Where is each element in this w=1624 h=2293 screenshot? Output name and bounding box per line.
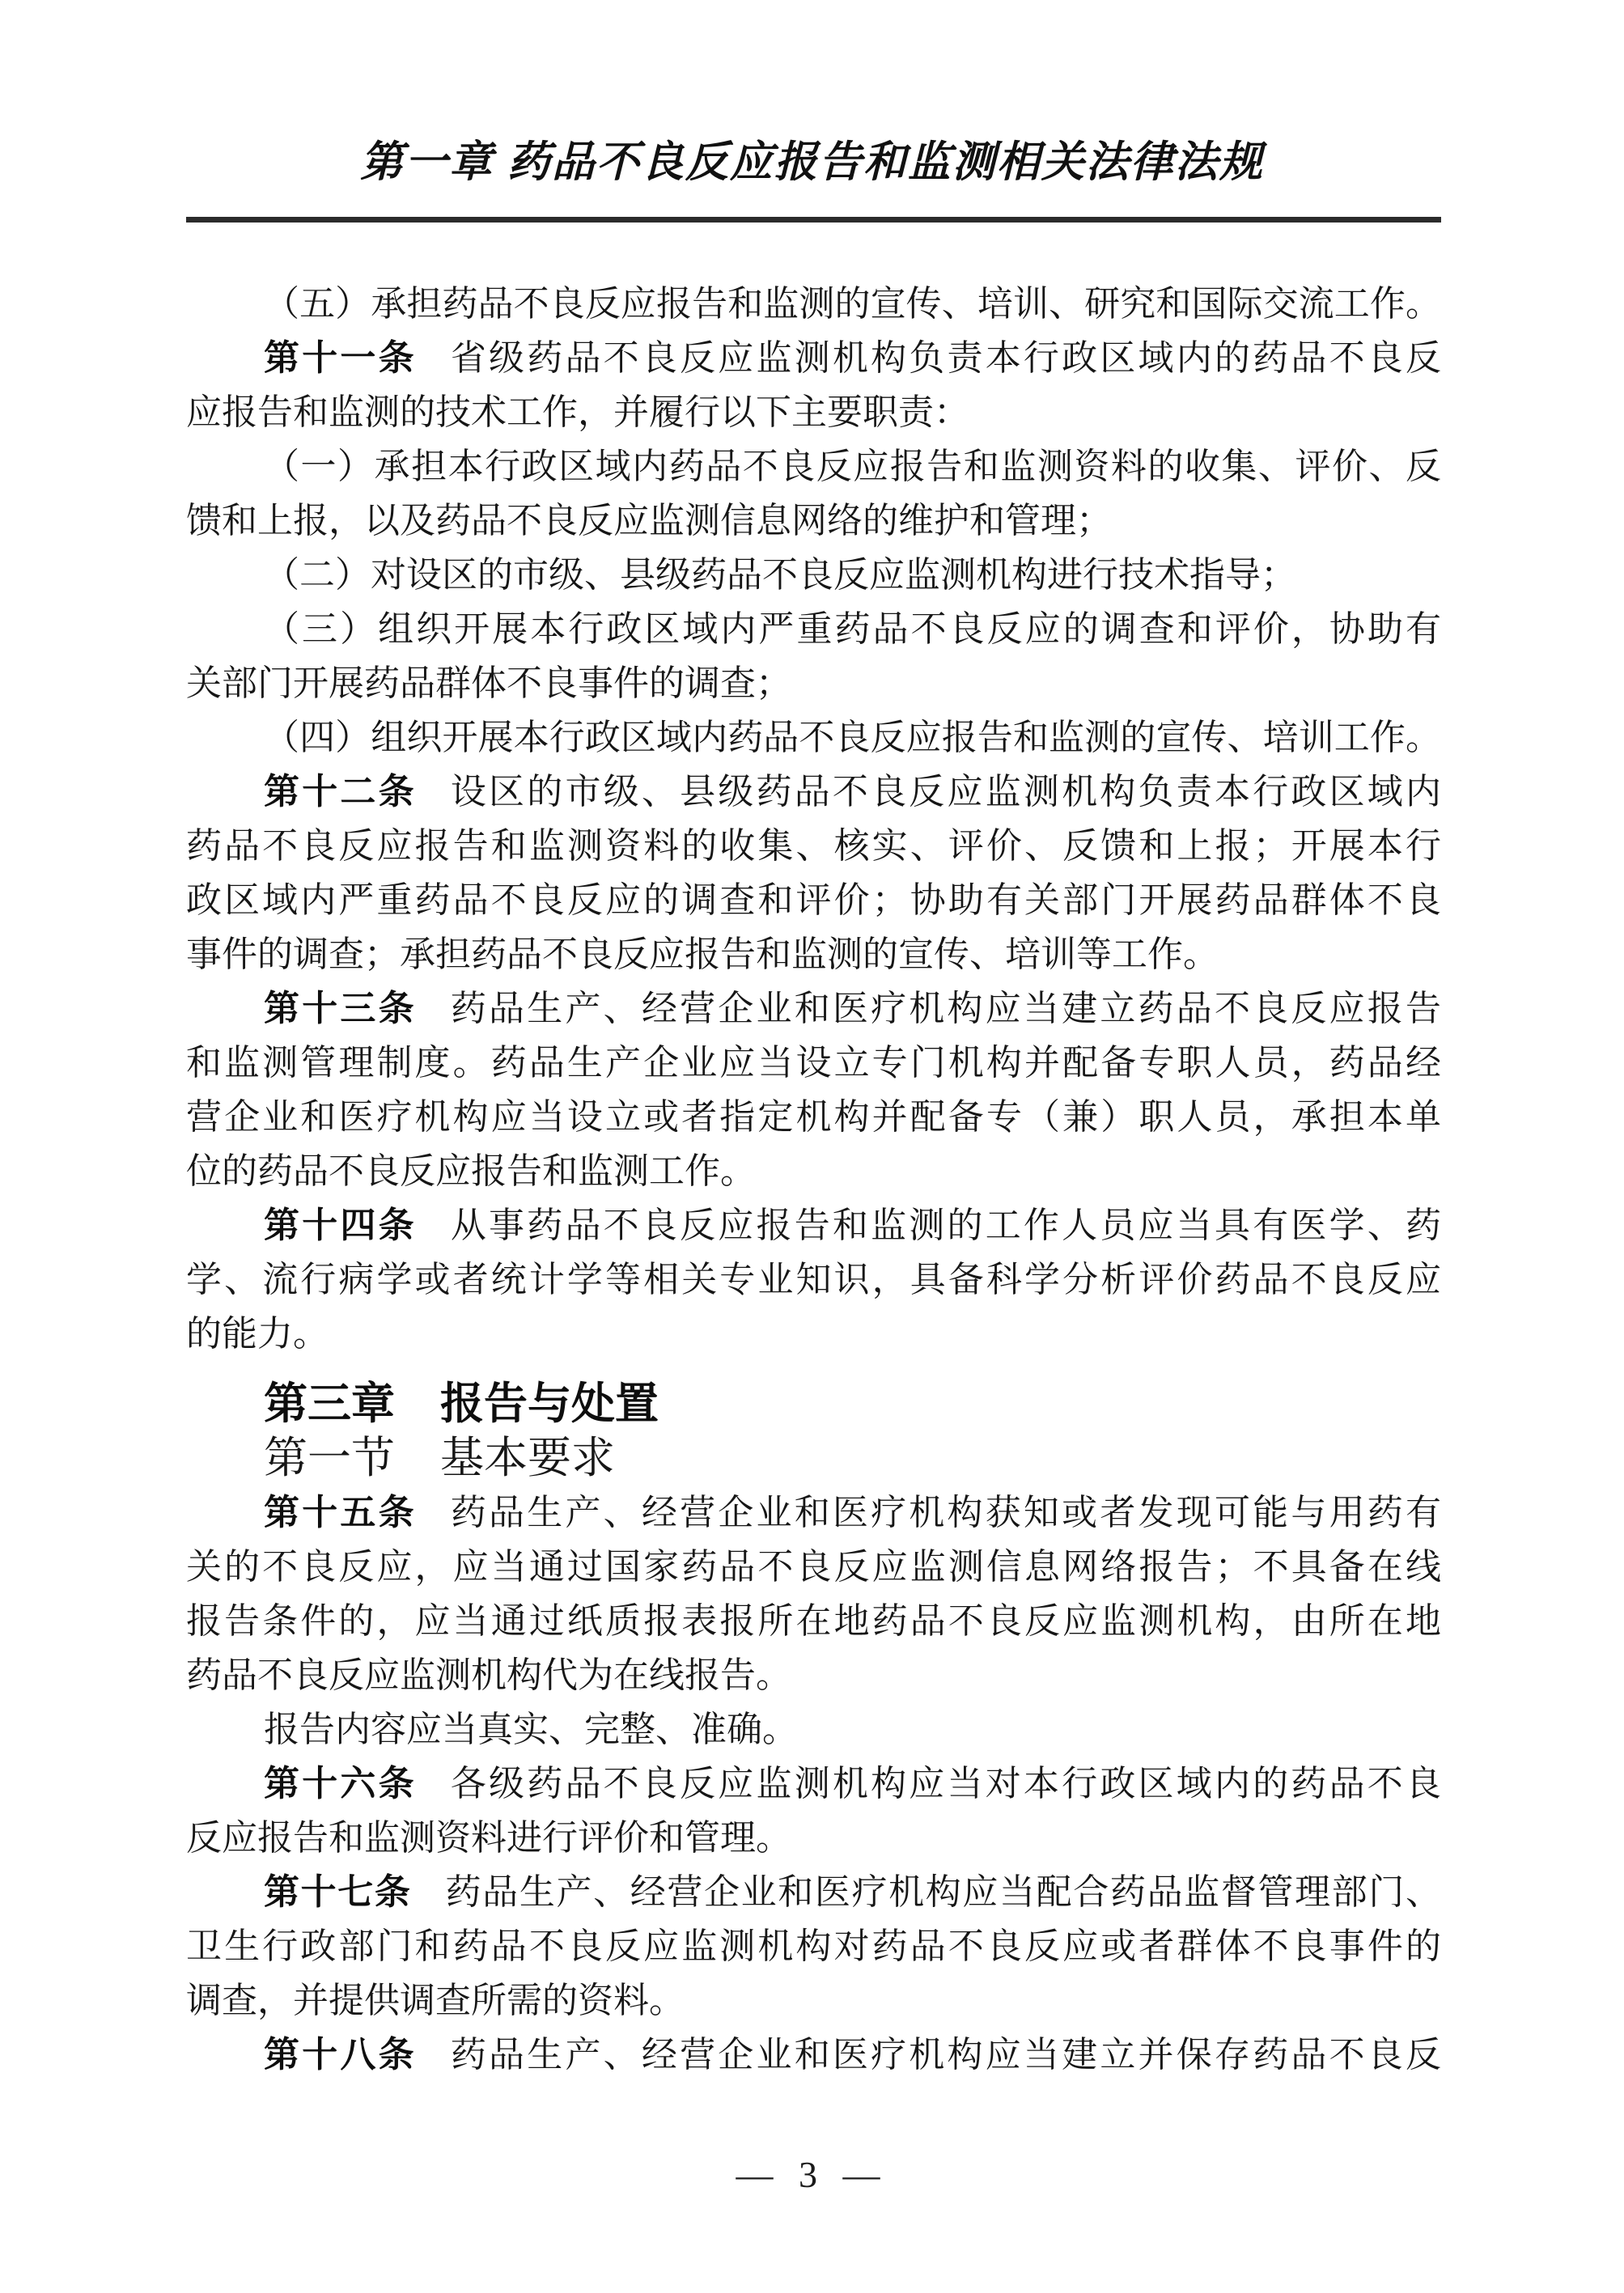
article-number: 第十四条	[264, 1206, 417, 1245]
text-line: 第十五条药品生产、经营企业和医疗机构获知或者发现可能与用药有	[186, 1486, 1441, 1540]
line-text: 药品生产、经营企业和医疗机构应当配合药品监督管理部门、	[446, 1872, 1441, 1912]
article-number: 第十五条	[264, 1493, 417, 1532]
line-text: （五）承担药品不良反应报告和监测的宣传、培训、研究和国际交流工作。	[264, 284, 1441, 324]
article-number: 第十八条	[264, 2035, 417, 2075]
article-number: 第三章	[264, 1380, 395, 1428]
text-line: 营企业和医疗机构应当设立或者指定机构并配备专（兼）职人员，承担本单	[186, 1090, 1441, 1144]
line-text: 调查，并提供调查所需的资料。	[186, 1981, 685, 2020]
text-line: 学、流行病学或者统计学等相关专业知识，具备科学分析评价药品不良反应	[186, 1252, 1441, 1307]
line-text: 省级药品不良反应监测机构负责本行政区域内的药品不良反	[451, 338, 1441, 378]
page-header-title: 第一章 药品不良反应报告和监测相关法律法规	[0, 138, 1624, 188]
line-text: 关部门开展药品群体不良事件的调查；	[186, 663, 791, 703]
text-line: 第十三条药品生产、经营企业和医疗机构应当建立药品不良反应报告	[186, 981, 1441, 1036]
line-text: 药品生产、经营企业和医疗机构应当建立并保存药品不良反	[451, 2035, 1441, 2075]
article-number: 第十六条	[264, 1764, 417, 1803]
page-number: — 3 —	[0, 2152, 1624, 2198]
line-text: 药品生产、经营企业和医疗机构获知或者发现可能与用药有	[451, 1493, 1441, 1532]
text-line: 位的药品不良反应报告和监测工作。	[186, 1144, 1441, 1198]
line-text: 关的不良反应，应当通过国家药品不良反应监测信息网络报告；不具备在线	[186, 1547, 1441, 1587]
line-text: 各级药品不良反应监测机构应当对本行政区域内的药品不良	[451, 1764, 1441, 1803]
header-rule	[186, 217, 1441, 223]
line-text: 学、流行病学或者统计学等相关专业知识，具备科学分析评价药品不良反应	[186, 1260, 1441, 1299]
text-line: 关的不良反应，应当通过国家药品不良反应监测信息网络报告；不具备在线	[186, 1540, 1441, 1594]
document-page: 第一章 药品不良反应报告和监测相关法律法规 （五）承担药品不良反应报告和监测的宣…	[0, 0, 1624, 2293]
line-text: 设区的市级、县级药品不良反应监测机构负责本行政区域内	[451, 772, 1441, 812]
line-text: 药品不良反应监测机构代为在线报告。	[186, 1655, 791, 1695]
text-line: 政区域内严重药品不良反应的调查和评价；协助有关部门开展药品群体不良	[186, 873, 1441, 927]
text-line: 关部门开展药品群体不良事件的调查；	[186, 656, 1441, 710]
document-body: （五）承担药品不良反应报告和监测的宣传、培训、研究和国际交流工作。第十一条省级药…	[186, 277, 1441, 2082]
line-text: 卫生行政部门和药品不良反应监测机构对药品不良反应或者群体不良事件的	[186, 1926, 1441, 1966]
line-text: （二）对设区的市级、县级药品不良反应监测机构进行技术指导；	[264, 555, 1296, 595]
text-line: 药品不良反应监测机构代为在线报告。	[186, 1648, 1441, 1702]
text-line: 卫生行政部门和药品不良反应监测机构对药品不良反应或者群体不良事件的	[186, 1919, 1441, 1973]
text-line: （一）承担本行政区域内药品不良反应报告和监测资料的收集、评价、反	[186, 439, 1441, 494]
text-line: 第十四条从事药品不良反应报告和监测的工作人员应当具有医学、药	[186, 1198, 1441, 1252]
article-number: 第一节	[264, 1434, 395, 1482]
text-line: 报告条件的，应当通过纸质报表报所在地药品不良反应监测机构，由所在地	[186, 1594, 1441, 1648]
text-line: 事件的调查；承担药品不良反应报告和监测的宣传、培训等工作。	[186, 927, 1441, 981]
text-line: 和监测管理制度。药品生产企业应当设立专门机构并配备专职人员，药品经	[186, 1036, 1441, 1090]
line-text: 馈和上报，以及药品不良反应监测信息网络的维护和管理；	[186, 501, 1112, 540]
article-number: 第十二条	[264, 772, 417, 812]
text-line: 馈和上报，以及药品不良反应监测信息网络的维护和管理；	[186, 494, 1441, 548]
line-text: 药品生产、经营企业和医疗机构应当建立药品不良反应报告	[451, 989, 1441, 1028]
line-text: 应报告和监测的技术工作，并履行以下主要职责：	[186, 392, 969, 432]
line-text: 的能力。	[186, 1314, 329, 1354]
line-text: （四）组织开展本行政区域内药品不良反应报告和监测的宣传、培训工作。	[264, 718, 1441, 757]
line-text: 事件的调查；承担药品不良反应报告和监测的宣传、培训等工作。	[186, 935, 1219, 974]
line-text: 报告条件的，应当通过纸质报表报所在地药品不良反应监测机构，由所在地	[186, 1601, 1441, 1641]
article-number: 第十一条	[264, 338, 417, 378]
text-line: 第十七条药品生产、经营企业和医疗机构应当配合药品监督管理部门、	[186, 1865, 1441, 1919]
line-text: 药品不良反应报告和监测资料的收集、核实、评价、反馈和上报；开展本行	[186, 826, 1441, 866]
text-line: 应报告和监测的技术工作，并履行以下主要职责：	[186, 385, 1441, 439]
line-text: 反应报告和监测资料进行评价和管理。	[186, 1818, 791, 1858]
text-line: （五）承担药品不良反应报告和监测的宣传、培训、研究和国际交流工作。	[186, 277, 1441, 331]
text-line: （二）对设区的市级、县级药品不良反应监测机构进行技术指导；	[186, 548, 1441, 602]
text-line: 第十八条药品生产、经营企业和医疗机构应当建立并保存药品不良反	[186, 2028, 1441, 2082]
text-line: （四）组织开展本行政区域内药品不良反应报告和监测的宣传、培训工作。	[186, 710, 1441, 765]
line-text: 报告内容应当真实、完整、准确。	[264, 1710, 798, 1749]
text-line: 调查，并提供调查所需的资料。	[186, 1973, 1441, 2028]
line-text: 位的药品不良反应报告和监测工作。	[186, 1151, 756, 1191]
text-line: 报告内容应当真实、完整、准确。	[186, 1702, 1441, 1757]
text-line: 反应报告和监测资料进行评价和管理。	[186, 1811, 1441, 1865]
line-text: （一）承担本行政区域内药品不良反应报告和监测资料的收集、评价、反	[264, 447, 1441, 486]
text-line: 药品不良反应报告和监测资料的收集、核实、评价、反馈和上报；开展本行	[186, 819, 1441, 873]
line-text: 政区域内严重药品不良反应的调查和评价；协助有关部门开展药品群体不良	[186, 880, 1441, 920]
text-line: 第十二条设区的市级、县级药品不良反应监测机构负责本行政区域内	[186, 765, 1441, 819]
text-line: 第一节基本要求	[186, 1431, 1441, 1486]
line-text: 基本要求	[440, 1434, 615, 1482]
line-text: 和监测管理制度。药品生产企业应当设立专门机构并配备专职人员，药品经	[186, 1043, 1441, 1083]
text-line: 第十一条省级药品不良反应监测机构负责本行政区域内的药品不良反	[186, 331, 1441, 385]
line-text: 营企业和医疗机构应当设立或者指定机构并配备专（兼）职人员，承担本单	[186, 1097, 1441, 1137]
text-line: 的能力。	[186, 1307, 1441, 1361]
line-text: 从事药品不良反应报告和监测的工作人员应当具有医学、药	[451, 1206, 1441, 1245]
text-line: 第十六条各级药品不良反应监测机构应当对本行政区域内的药品不良	[186, 1757, 1441, 1811]
article-number: 第十三条	[264, 989, 417, 1028]
article-number: 第十七条	[264, 1872, 412, 1912]
line-text: 报告与处置	[440, 1380, 659, 1428]
text-line: （三）组织开展本行政区域内严重药品不良反应的调查和评价，协助有	[186, 602, 1441, 656]
text-line: 第三章报告与处置	[186, 1377, 1441, 1431]
line-text: （三）组织开展本行政区域内严重药品不良反应的调查和评价，协助有	[264, 609, 1441, 649]
